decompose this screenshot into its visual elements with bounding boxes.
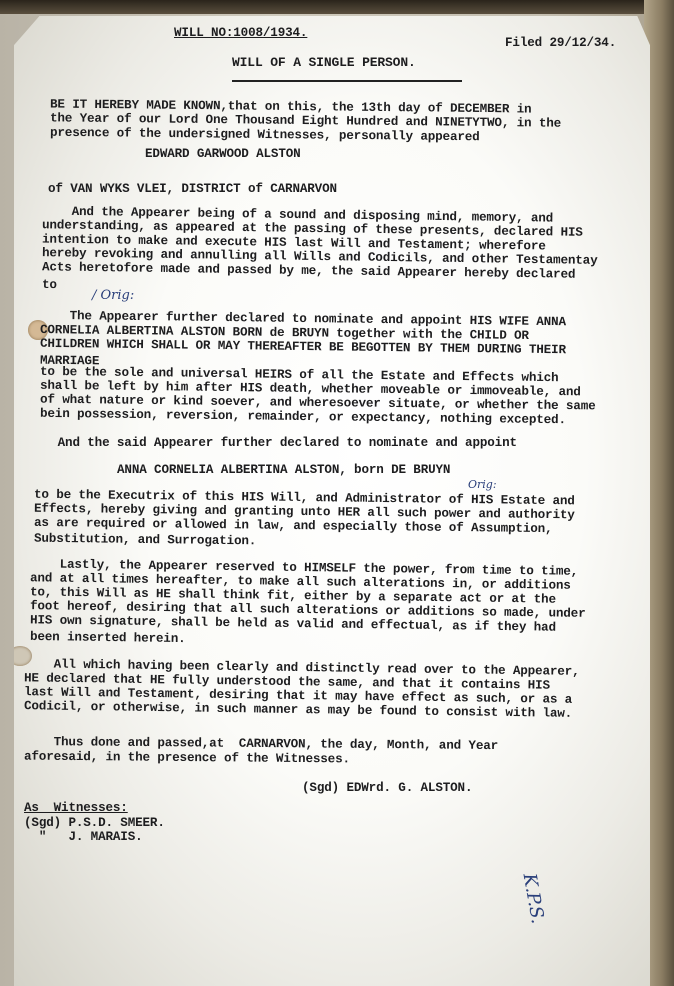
lastly-line: been inserted herein. xyxy=(30,630,186,646)
nominate-line: And the said Appearer further declared t… xyxy=(28,436,517,450)
title-underline xyxy=(232,80,462,82)
done-passed-line: aforesaid, in the presence of the Witnes… xyxy=(24,750,350,767)
witness-2: " J. MARAIS. xyxy=(24,830,143,844)
document-title: WILL OF A SINGLE PERSON. xyxy=(232,56,416,70)
testator-name: EDWARD GARWOOD ALSTON xyxy=(145,147,301,161)
filed-date: Filed 29/12/34. xyxy=(505,36,616,50)
handwritten-annotation: Orig: xyxy=(468,478,497,491)
folder-edge xyxy=(0,0,674,14)
handwritten-annotation: / Orig: xyxy=(92,288,134,303)
executrix-line: Substitution, and Surrogation. xyxy=(34,532,256,549)
executrix-name: ANNA CORNELIA ALBERTINA ALSTON, born DE … xyxy=(117,463,450,477)
witnesses-label: As Witnesses: xyxy=(24,801,128,815)
residence-line: of VAN WYKS VLEI, DISTRICT of CARNARVON xyxy=(48,182,337,196)
testator-signature: (Sgd) EDWrd. G. ALSTON. xyxy=(302,781,472,795)
sound-mind-line: to xyxy=(42,278,57,292)
will-number: WILL NO:1008/1934. xyxy=(174,26,307,40)
witness-1: (Sgd) P.S.D. SMEER. xyxy=(24,816,165,830)
